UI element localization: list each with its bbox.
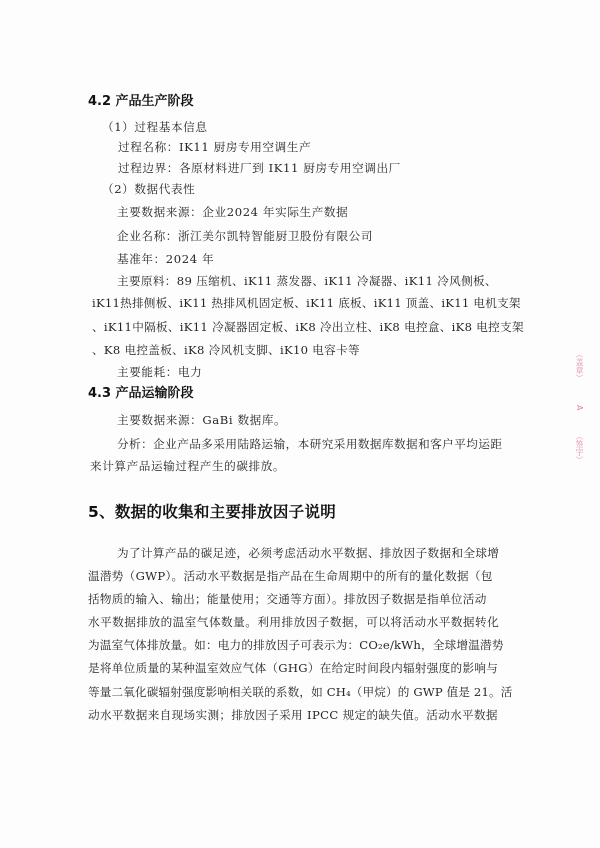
subsection-label-process-info: （1）过程基本信息	[102, 120, 208, 134]
company-name: 企业名称：浙江美尔凯特智能厨卫股份有限公司	[117, 229, 373, 243]
transport-data-source: 主要数据来源：GaBi 数据库。	[117, 413, 286, 427]
data-source: 主要数据来源：企业2024 年实际生产数据	[117, 205, 348, 219]
paragraph-line-2: 温潜势（GWP）。活动水平数据是指产品在生命周期中的所有的量化数据（包	[88, 569, 478, 583]
paragraph-line-3: 括物质的输入、输出；能量使用；交通等方面）。排放因子数据是指单位活动	[88, 592, 478, 606]
seal-stamp-fragment-3: （签字）	[576, 432, 584, 472]
section-heading-4-2: 4.2 产品生产阶段	[88, 94, 194, 110]
paragraph-line-4: 水平数据排放的温室气体数量。利用排放因子数据，可以将活动水平数据转化	[88, 615, 478, 629]
transport-analysis-line-1: 分析：企业产品多采用陆路运输，本研究采用数据库数据和客户平均运距	[117, 437, 502, 451]
process-boundary: 过程边界：各原材料进厂到 IK11 厨房专用空调出厂	[118, 161, 401, 175]
section-heading-4-3: 4.3 产品运输阶段	[88, 386, 194, 402]
paragraph-line-6: 是将单位质量的某种温室效应气体（GHG）在给定时间段内辐射强度的影响与	[88, 661, 478, 675]
section-heading-5: 5、数据的收集和主要排放因子说明	[88, 503, 336, 521]
document-page: 4.2 产品生产阶段 （1）过程基本信息 过程名称：IK11 厨房专用空调生产 …	[0, 0, 600, 848]
transport-analysis-line-2: 来计算产品运输过程产生的碳排放。	[90, 459, 285, 473]
subsection-label-data-representativeness: （2）数据代表性	[102, 182, 195, 196]
main-energy: 主要能耗：电力	[117, 365, 202, 379]
raw-materials-line-4: 、K8 电控盖板、iK8 冷风机支脚、iK10 电容卡等	[92, 343, 360, 357]
paragraph-line-8: 动水平数据来自现场实测；排放因子采用 IPCC 规定的缺失值。活动水平数据	[88, 708, 478, 722]
base-year: 基准年：2024 年	[117, 252, 214, 266]
paragraph-line-5: 为温室气体排放量。如：电力的排放因子可表示为：CO₂e/kWh，全球增温潜势	[88, 638, 478, 652]
raw-materials-line-3: 、iK11中隔板、iK11 冷凝器固定板、iK8 冷出立柱、iK8 电控盒、iK…	[92, 320, 524, 334]
seal-stamp-fragment-1: （盖章）	[576, 350, 584, 390]
paragraph-line-7: 等量二氧化碳辐射强度影响相关联的系数，如 CH₄（甲烷）的 GWP 值是 21。…	[88, 685, 478, 699]
paragraph-line-1: 为了计算产品的碳足迹，必须考虑活动水平数据、排放因子数据和全球增	[117, 546, 507, 560]
seal-stamp-fragment-2: A	[576, 405, 584, 417]
process-name: 过程名称：IK11 厨房专用空调生产	[118, 140, 311, 154]
raw-materials-line-1: 主要原料：89 压缩机、iK11 蒸发器、iK11 冷凝器、iK11 冷风侧板、	[117, 274, 497, 288]
raw-materials-line-2: iK11热排侧板、iK11 热排风机固定板、iK11 底板、iK11 顶盖、iK…	[92, 296, 521, 310]
